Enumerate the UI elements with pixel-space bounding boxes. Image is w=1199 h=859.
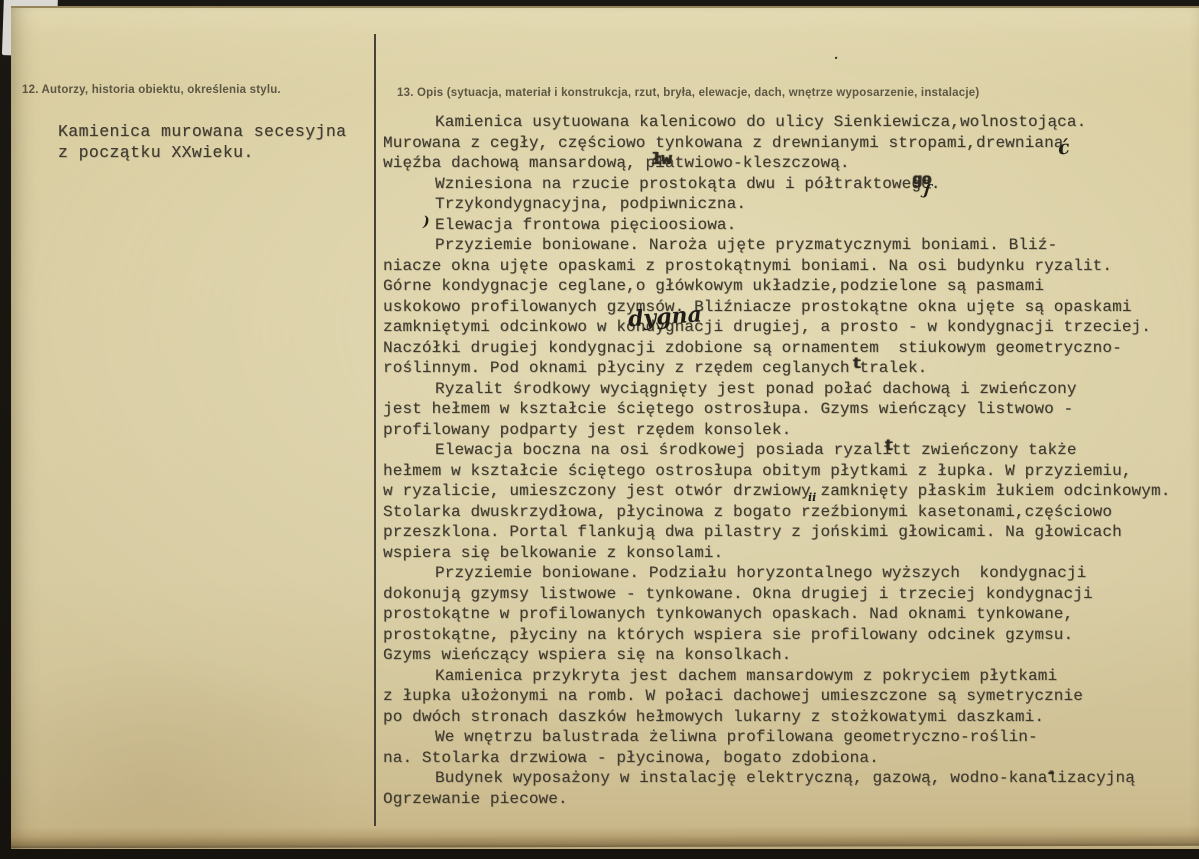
typed-line: Elewacja frontowa pięcioosiowa.: [383, 215, 1170, 236]
handwritten-mark: dygna: [627, 303, 702, 330]
typed-line: prostokątne w profilowanych tynkowanych …: [383, 604, 1170, 625]
typed-line: wspiera się belkowanie z konsolami.: [383, 543, 1170, 564]
typed-line: dokonują gzymsy listwowe - tynkowane. Ok…: [383, 584, 1170, 605]
overtype-correction: -: [1046, 765, 1056, 781]
section-13-body: Kamienica usytuowana kalenicowo do ulicy…: [383, 112, 1170, 809]
typed-line: prostokątne, płyciny na których wspiera …: [383, 625, 1170, 646]
typed-line: Przyziemie boniowane. Naroża ujęte pryzm…: [383, 235, 1170, 256]
typed-line: Naczółki drugiej kondygnacji zdobione są…: [383, 338, 1170, 359]
handwritten-mark: ii: [808, 492, 816, 503]
typed-line: z początku XXwieku.: [58, 142, 346, 163]
section-12-body: Kamienica murowana secesyjnaz początku X…: [58, 121, 346, 162]
typed-line: zamkniętymi odcinkowo w kondygnacji drug…: [383, 317, 1170, 338]
typed-line: Górne kondygnacje ceglane,o główkowym uk…: [383, 276, 1170, 297]
typed-line: jest hełmem w kształcie ściętego ostrosł…: [383, 399, 1170, 420]
handwritten-mark: ć: [1057, 138, 1071, 158]
typed-line: hełmem w kształcie ściętego ostrosłupa o…: [383, 461, 1170, 482]
column-divider: [374, 34, 376, 826]
typed-line: Elewacja boczna na osi środkowej posiada…: [383, 440, 1170, 461]
section-12-heading: 12. Autorzy, historia obiektu, określeni…: [22, 84, 281, 96]
typed-line: Przyziemie boniowane. Podziału horyzonta…: [383, 563, 1170, 584]
handwritten-mark: ): [423, 215, 430, 229]
typed-line: We wnętrzu balustrada żeliwna profilowan…: [383, 727, 1170, 748]
typed-line: Wzniesiona na rzucie prostokąta dwu i pó…: [383, 174, 1170, 195]
scanned-document: 12. Autorzy, historia obiektu, określeni…: [0, 0, 1199, 859]
typed-line: z łupka ułożonymi na romb. W połaci dach…: [383, 686, 1170, 707]
typed-line: Trzykondygnacyjna, podpiwniczna.: [383, 194, 1170, 215]
typed-line: Stolarka dwuskrzydłowa, płycinowa z boga…: [383, 502, 1170, 523]
typed-line: więźba dachową mansardową, płatwiowo-kle…: [383, 153, 1170, 174]
typed-line: Ogrzewanie piecowe.: [383, 789, 1170, 810]
overtype-correction: łw: [651, 152, 671, 169]
typed-line: Ryzalit środkowy wyciągnięty jest ponad …: [383, 379, 1170, 400]
typed-line: niacze okna ujęte opaskami z prostokątny…: [383, 256, 1170, 277]
typed-line: w ryzalicie, umieszczony jest otwór drzw…: [383, 481, 1170, 502]
card-bottom-edge: [11, 825, 1199, 848]
handwritten-mark: ·: [834, 52, 838, 64]
typed-line: Kamienica przykryta jest dachem mansardo…: [383, 666, 1170, 687]
typed-line: Gzyms wieńczący wspiera się na konsolkac…: [383, 645, 1170, 666]
overtype-correction: t: [884, 438, 894, 454]
typed-line: Kamienica murowana secesyjna: [58, 121, 346, 142]
typed-line: Murowana z cegły, częściowo tynkowana z …: [383, 133, 1170, 154]
typed-line: uskokowo profilowanych gzymsów. Bliźniac…: [383, 297, 1170, 318]
section-13-heading: 13. Opis (sytuacja, materiał i konstrukc…: [397, 87, 979, 99]
overtype-correction: t: [852, 356, 862, 372]
typed-line: roślinnym. Pod oknami płyciny z rzędem c…: [383, 358, 1170, 379]
typed-line: profilowany podparty jest rzędem konsole…: [383, 420, 1170, 441]
typed-line: Kamienica usytuowana kalenicowo do ulicy…: [383, 112, 1170, 133]
typed-line: po dwóch stronach daszków hełmowych luka…: [383, 707, 1170, 728]
typed-line: przeszklona. Portal flankują dwa pilastr…: [383, 522, 1170, 543]
